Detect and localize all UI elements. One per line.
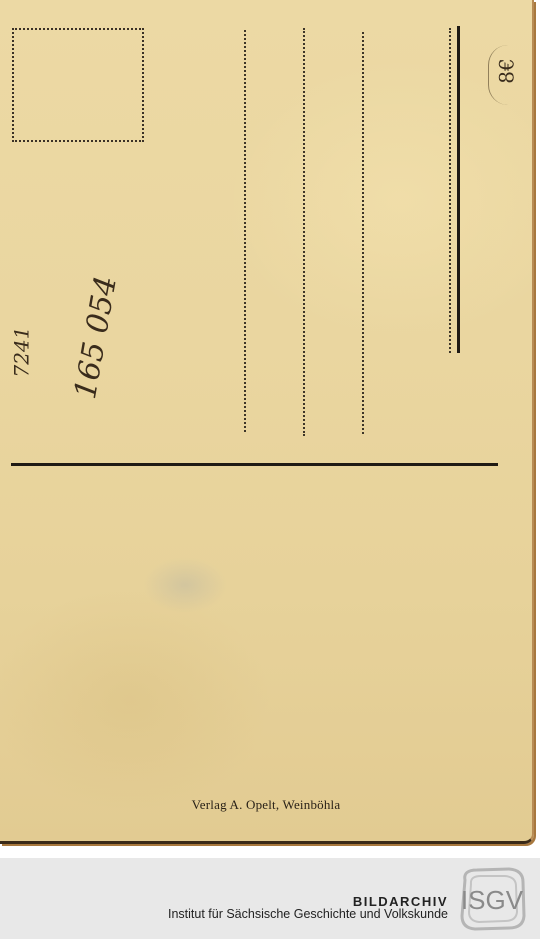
price-text: 8€ [495,58,519,83]
handwritten-price: 8€ [488,45,528,105]
address-line-2 [303,28,305,436]
address-line-3 [362,32,364,434]
stamp-placeholder-box [12,28,144,142]
horizontal-divider-line [11,463,498,466]
address-line-1 [244,30,246,432]
divider-solid-line [457,26,460,353]
handwritten-inventory-number: 7241 [9,327,33,378]
svg-text:ISGV: ISGV [461,885,524,915]
handwritten-archive-number: 165 054 [68,273,124,401]
isgv-logo-icon: ISGV [457,866,527,932]
publisher-imprint: Verlag A. Opelt, Weinböhla [0,797,532,813]
postcard-back: 7241 165 054 8€ Verlag A. Opelt, Weinböh… [0,0,534,844]
divider-dotted-line [449,28,451,353]
footer-subtitle: Institut für Sächsische Geschichte und V… [168,907,448,921]
